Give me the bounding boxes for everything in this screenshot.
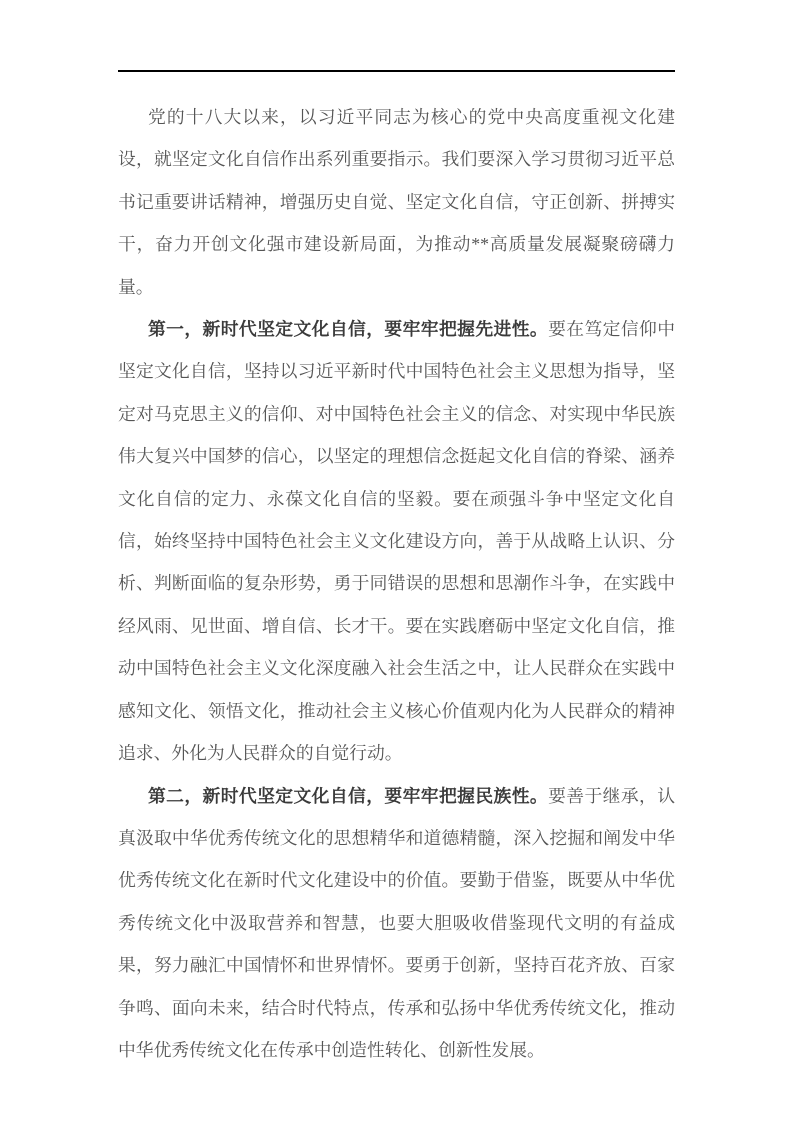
document-body: 党的十八大以来，以习近平同志为核心的党中央高度重视文化建设，就坚定文化自信作出系… <box>118 96 675 1071</box>
paragraph-second-point: 第二，新时代坚定文化自信，要牢牢把握民族性。要善于继承，认真汲取中华优秀传统文化… <box>118 775 675 1072</box>
paragraph-first-point: 第一，新时代坚定文化自信，要牢牢把握先进性。要在笃定信仰中坚定文化自信，坚持以习… <box>118 308 675 774</box>
paragraph-intro-text: 党的十八大以来，以习近平同志为核心的党中央高度重视文化建设，就坚定文化自信作出系… <box>118 107 675 297</box>
paragraph-second-point-lead: 第二，新时代坚定文化自信，要牢牢把握民族性。 <box>148 786 548 806</box>
document-page: 党的十八大以来，以习近平同志为核心的党中央高度重视文化建设，就坚定文化自信作出系… <box>0 0 793 1122</box>
paragraph-second-point-text: 要善于继承，认真汲取中华优秀传统文化的思想精华和道德精髓，深入挖掘和阐发中华优秀… <box>118 786 675 1060</box>
header-divider-line <box>118 70 675 72</box>
paragraph-first-point-text: 要在笃定信仰中坚定文化自信，坚持以习近平新时代中国特色社会主义思想为指导，坚定对… <box>118 319 675 763</box>
paragraph-first-point-lead: 第一，新时代坚定文化自信，要牢牢把握先进性。 <box>148 319 548 339</box>
paragraph-intro: 党的十八大以来，以习近平同志为核心的党中央高度重视文化建设，就坚定文化自信作出系… <box>118 96 675 308</box>
